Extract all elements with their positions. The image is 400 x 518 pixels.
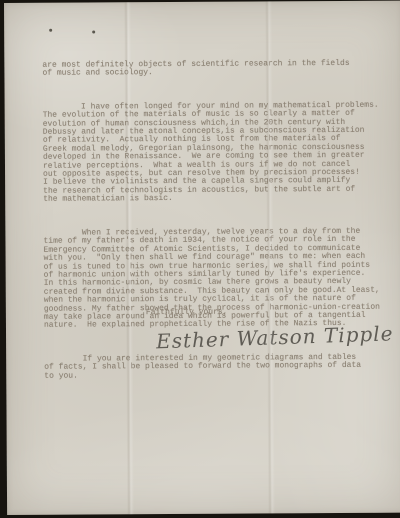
letter-body: are most definitely objects of scientifi… xyxy=(42,43,392,407)
letter-paragraph: If you are interested in my geometric di… xyxy=(44,354,392,381)
letter-paragraph: are most definitely objects of scientifi… xyxy=(42,59,390,78)
scanned-letter-scene: are most definitely objects of scientifi… xyxy=(0,0,400,518)
letter-page: are most definitely objects of scientifi… xyxy=(4,1,400,515)
letter-paragraph: I have often longed for your mind on my … xyxy=(43,101,392,204)
letter-closing: Faithfully yours, xyxy=(146,308,228,317)
staple-hole-left xyxy=(49,29,52,32)
staple-hole-right xyxy=(92,30,95,33)
